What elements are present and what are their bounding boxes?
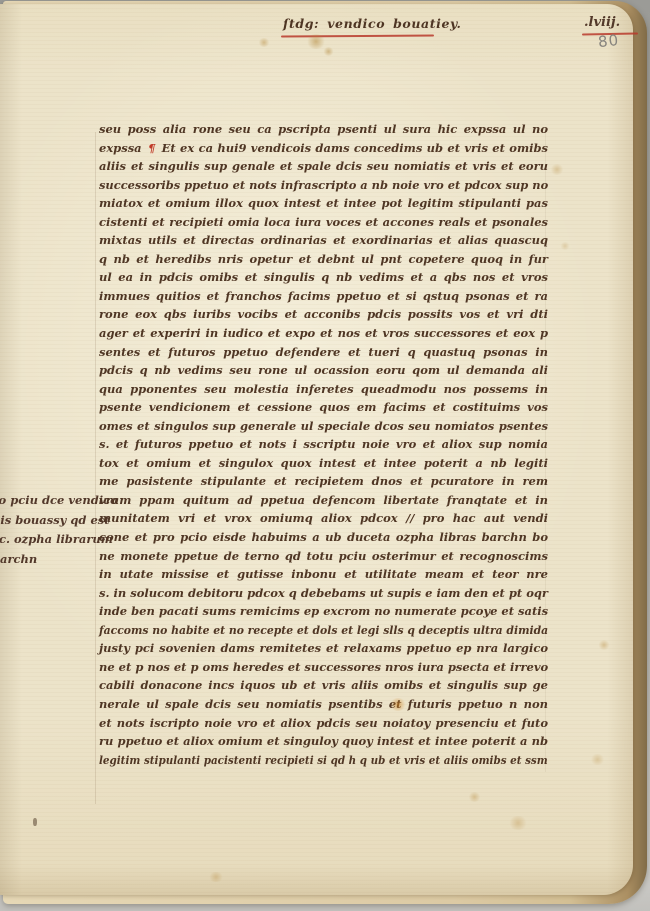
ink-speck (33, 818, 37, 826)
foxing-stain (258, 38, 270, 47)
text-line: s. et futuros ppetuo et nots i sscriptu … (99, 437, 548, 456)
text-line: aliis et singulis sup genale et spale dc… (99, 159, 548, 178)
margin-note: zo pciu dce vendiconis bouassy qd estcc.… (0, 493, 98, 571)
text-line: mixtas utils et directas ordinarias et e… (99, 233, 548, 252)
text-line: successoribs ppetuo et nots infrascripto… (99, 178, 545, 197)
foxing-stain (323, 47, 334, 56)
text-line: et nots iscripto noie vro et aliox pdcis… (99, 716, 548, 735)
text-line: vram ppam quitum ad ppetua defencom libe… (99, 493, 548, 512)
foxing-stain (550, 164, 564, 175)
margin-note-line: barchn (0, 552, 98, 572)
foxing-stain (208, 872, 224, 882)
text-line: cone et pro pcio eisde habuims a ub duce… (99, 530, 548, 549)
text-line: ul ea in pdcis omibs et singulis q nb ve… (99, 270, 548, 289)
foxing-stain (598, 640, 610, 650)
text-line: psente vendicionem et cessione quos em f… (99, 400, 548, 419)
text-line: ne monete ppetue de terno qd totu pciu o… (99, 549, 548, 568)
margin-note-line: nis bouassy qd est (0, 513, 98, 533)
text-line: seu poss alia rone seu ca pscripta psent… (99, 122, 548, 141)
text-line: miatox et omium illox quox intest et int… (99, 196, 548, 215)
text-line: legitim stipulanti pacistenti recipieti … (99, 753, 503, 772)
text-line: me pasistente stipulante et recipietem d… (99, 474, 548, 493)
running-title: ſtdg: vendico bouatiey. (283, 16, 461, 31)
manuscript-page: ſtdg: vendico bouatiey. .lviij. 80 zo pc… (0, 4, 633, 895)
text-line: inde ben pacati sums remicims ep excrom … (99, 604, 548, 623)
text-line: expssa ¶ Et ex ca hui9 vendicois dams co… (99, 141, 548, 160)
margin-note-line: cc. ozpha librarum (0, 532, 98, 552)
text-line: q nb et heredibs nris opetur et debnt ul… (99, 252, 548, 271)
text-line: justy pci sovenien dams remitetes et rel… (99, 641, 548, 660)
foxing-stain (508, 816, 528, 830)
text-line: rone eox qbs iuribs vocibs et acconibs p… (99, 307, 548, 326)
text-line: ager et experiri in iudico et expo et no… (99, 326, 548, 345)
photo-background: { "colors": { "background_gray": "#a8a7a… (0, 0, 650, 911)
text-line: s. in solucom debitoru pdcox q debebams … (99, 586, 548, 605)
running-title-red-underline (281, 34, 434, 37)
pencil-page-number: 80 (597, 31, 620, 51)
text-line: sentes et futuros ppetuo defendere et tu… (99, 345, 548, 364)
folio-number: .lviij. (584, 15, 620, 30)
text-line: nerale ul spale dcis seu nomiatis psenti… (99, 697, 548, 716)
margin-ruling-left (95, 132, 96, 804)
text-line: qua pponentes seu molestia inferetes que… (99, 382, 548, 401)
text-line: in utate missise et gutisse inbonu et ut… (99, 567, 548, 586)
text-block: seu poss alia rone seu ca pscripta psent… (99, 122, 548, 771)
text-line: omes et singulos sup generale ul special… (99, 419, 548, 438)
text-line: cistenti et recipieti omia loca iura voc… (99, 215, 548, 234)
text-line: ne et p nos et p oms heredes et successo… (99, 660, 548, 679)
text-line: pdcis q nb vedims seu rone ul ocassion e… (99, 363, 548, 382)
text-line: immues quitios et franchos facims ppetuo… (99, 289, 548, 308)
foxing-stain (560, 242, 570, 250)
text-line: faccoms no habite et no recepte et dols … (99, 623, 521, 642)
foxing-stain (590, 754, 605, 765)
text-line: tox et omium et singulox quox intest et … (99, 456, 548, 475)
text-line: cabili donacone incs iquos ub et vris al… (99, 678, 548, 697)
text-line: munitatem vri et vrox omiumq aliox pdcox… (99, 511, 548, 530)
text-line: ru ppetuo et aliox omium et singuloy quo… (99, 734, 548, 753)
foxing-stain (468, 792, 481, 802)
pilcrow-mark: ¶ (146, 141, 157, 155)
margin-note-line: zo pciu dce vendico (0, 493, 98, 513)
